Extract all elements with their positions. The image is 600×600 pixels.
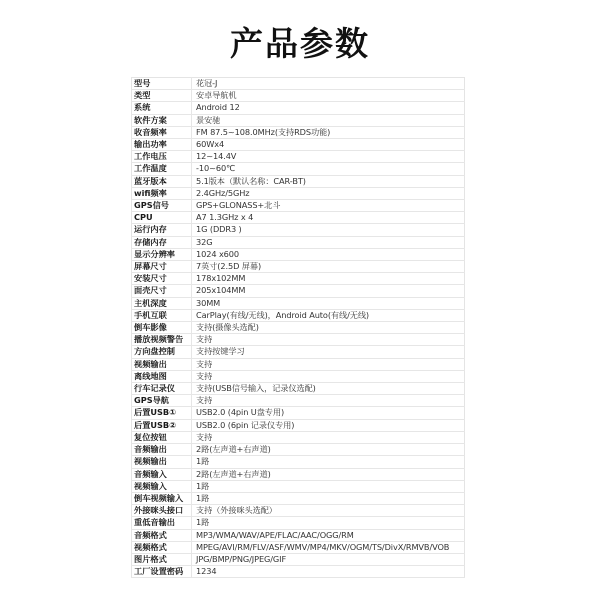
table-row: GPS信号GPS+GLONASS+北斗 <box>132 200 465 212</box>
spec-value: GPS+GLONASS+北斗 <box>192 200 465 212</box>
table-row: 面壳尺寸205x104MM <box>132 285 465 297</box>
spec-value: 1路 <box>192 517 465 529</box>
spec-label: 显示分辨率 <box>132 248 192 260</box>
table-row: 输出功率60Wx4 <box>132 139 465 151</box>
spec-value: 支持 <box>192 431 465 443</box>
spec-label: 型号 <box>132 78 192 90</box>
table-row: CPUA7 1.3GHz x 4 <box>132 212 465 224</box>
table-row: 工作温度 -10~60℃ <box>132 163 465 175</box>
spec-value: 支持 <box>192 370 465 382</box>
spec-label: 外接咪头接口 <box>132 505 192 517</box>
spec-label: 音频输入 <box>132 468 192 480</box>
table-row: 安装尺寸178x102MM <box>132 273 465 285</box>
spec-value: Android 12 <box>192 102 465 114</box>
spec-value: -10~60℃ <box>192 163 465 175</box>
spec-label: 倒车视频输入 <box>132 492 192 504</box>
table-row: 视频输出支持 <box>132 358 465 370</box>
table-row: 软件方案景安驰 <box>132 114 465 126</box>
spec-label: 收音频率 <box>132 126 192 138</box>
spec-value: 支持 <box>192 334 465 346</box>
spec-label: 面壳尺寸 <box>132 285 192 297</box>
page-title: 产品参数 <box>0 22 600 66</box>
spec-label: 后置USB② <box>132 419 192 431</box>
table-row: 存储内存32G <box>132 236 465 248</box>
spec-value: 30MM <box>192 297 465 309</box>
spec-value: A7 1.3GHz x 4 <box>192 212 465 224</box>
spec-label: 系统 <box>132 102 192 114</box>
spec-value: CarPlay(有线/无线)，Android Auto(有线/无线) <box>192 309 465 321</box>
table-row: 工厂设置密码1234 <box>132 566 465 578</box>
table-row: 视频输出1路 <box>132 456 465 468</box>
table-row: 音频输出2路(左声道+右声道) <box>132 444 465 456</box>
table-row: 蓝牙版本5.1版本（默认名称：CAR-BT) <box>132 175 465 187</box>
spec-value: 205x104MM <box>192 285 465 297</box>
spec-label: 存储内存 <box>132 236 192 248</box>
spec-label: 工作温度 <box>132 163 192 175</box>
table-row: 工作电压12~14.4V <box>132 151 465 163</box>
spec-value: 1024 x600 <box>192 248 465 260</box>
table-row: 重低音输出1路 <box>132 517 465 529</box>
spec-label: 蓝牙版本 <box>132 175 192 187</box>
spec-label: 离线地图 <box>132 370 192 382</box>
spec-table: 型号花冠-J 类型安卓导航机 系统Android 12 软件方案景安驰 收音频率… <box>131 77 465 578</box>
spec-label: 输出功率 <box>132 139 192 151</box>
spec-value: 1G (DDR3 ) <box>192 224 465 236</box>
spec-value: 支持 <box>192 358 465 370</box>
spec-value: MP3/WMA/WAV/APE/FLAC/AAC/OGG/RM <box>192 529 465 541</box>
spec-value: 1路 <box>192 480 465 492</box>
spec-value: 1路 <box>192 456 465 468</box>
spec-value: 1路 <box>192 492 465 504</box>
spec-value: 12~14.4V <box>192 151 465 163</box>
spec-value: JPG/BMP/PNG/JPEG/GIF <box>192 553 465 565</box>
spec-label: 手机互联 <box>132 309 192 321</box>
spec-label: wifi频率 <box>132 187 192 199</box>
spec-label: GPS信号 <box>132 200 192 212</box>
spec-label: 软件方案 <box>132 114 192 126</box>
spec-label: 视频输入 <box>132 480 192 492</box>
table-row: 屏幕尺寸7英寸(2.5D 屏幕) <box>132 261 465 273</box>
table-row: wifi频率2.4GHz/5GHz <box>132 187 465 199</box>
table-row: 音频输入2路(左声道+右声道) <box>132 468 465 480</box>
spec-value: 花冠-J <box>192 78 465 90</box>
spec-value: 2路(左声道+右声道) <box>192 444 465 456</box>
spec-value: 支持(摄像头选配) <box>192 322 465 334</box>
table-row: 后置USB①USB2.0 (4pin U盘专用) <box>132 407 465 419</box>
table-row: 类型安卓导航机 <box>132 90 465 102</box>
table-row: 行车记录仪支持(USB信号输入，记录仪选配) <box>132 383 465 395</box>
table-row: 播放视频警告支持 <box>132 334 465 346</box>
spec-label: 工厂设置密码 <box>132 566 192 578</box>
table-row: 方向盘控制支持按键学习 <box>132 346 465 358</box>
spec-label: 后置USB① <box>132 407 192 419</box>
table-row: 主机深度30MM <box>132 297 465 309</box>
table-row: 音频格式MP3/WMA/WAV/APE/FLAC/AAC/OGG/RM <box>132 529 465 541</box>
spec-label: 行车记录仪 <box>132 383 192 395</box>
spec-label: 主机深度 <box>132 297 192 309</box>
table-row: 倒车视频输入1路 <box>132 492 465 504</box>
spec-label: 视频输出 <box>132 358 192 370</box>
spec-value: 支持 <box>192 395 465 407</box>
spec-value: 32G <box>192 236 465 248</box>
table-row: 外接咪头接口支持（外接咪头选配） <box>132 505 465 517</box>
table-row: 复位按钮支持 <box>132 431 465 443</box>
spec-label: 工作电压 <box>132 151 192 163</box>
spec-label: 方向盘控制 <box>132 346 192 358</box>
table-row: 图片格式JPG/BMP/PNG/JPEG/GIF <box>132 553 465 565</box>
spec-label: 屏幕尺寸 <box>132 261 192 273</box>
spec-label: 音频输出 <box>132 444 192 456</box>
spec-label: CPU <box>132 212 192 224</box>
table-row: 手机互联CarPlay(有线/无线)，Android Auto(有线/无线) <box>132 309 465 321</box>
spec-value: 5.1版本（默认名称：CAR-BT) <box>192 175 465 187</box>
spec-value: 支持（外接咪头选配） <box>192 505 465 517</box>
spec-value: 1234 <box>192 566 465 578</box>
table-row: 收音频率FM 87.5~108.0MHz(支持RDS功能) <box>132 126 465 138</box>
spec-value: 60Wx4 <box>192 139 465 151</box>
spec-label: 音频格式 <box>132 529 192 541</box>
table-row: 视频格式MPEG/AVI/RM/FLV/ASF/WMV/MP4/MKV/OGM/… <box>132 541 465 553</box>
spec-label: GPS导航 <box>132 395 192 407</box>
spec-value: 安卓导航机 <box>192 90 465 102</box>
spec-label: 运行内存 <box>132 224 192 236</box>
spec-label: 图片格式 <box>132 553 192 565</box>
spec-label: 类型 <box>132 90 192 102</box>
spec-value: USB2.0 (6pin 记录仪专用) <box>192 419 465 431</box>
spec-label: 倒车影像 <box>132 322 192 334</box>
spec-value: 2.4GHz/5GHz <box>192 187 465 199</box>
spec-label: 视频输出 <box>132 456 192 468</box>
table-row: 视频输入1路 <box>132 480 465 492</box>
table-row: 运行内存1G (DDR3 ) <box>132 224 465 236</box>
spec-value: FM 87.5~108.0MHz(支持RDS功能) <box>192 126 465 138</box>
spec-label: 重低音输出 <box>132 517 192 529</box>
spec-value: 7英寸(2.5D 屏幕) <box>192 261 465 273</box>
spec-value: 178x102MM <box>192 273 465 285</box>
spec-label: 视频格式 <box>132 541 192 553</box>
spec-value: 景安驰 <box>192 114 465 126</box>
table-row: 后置USB②USB2.0 (6pin 记录仪专用) <box>132 419 465 431</box>
table-row: 显示分辨率1024 x600 <box>132 248 465 260</box>
table-row: GPS导航支持 <box>132 395 465 407</box>
spec-value: 支持(USB信号输入，记录仪选配) <box>192 383 465 395</box>
table-row: 倒车影像支持(摄像头选配) <box>132 322 465 334</box>
table-row: 系统Android 12 <box>132 102 465 114</box>
spec-value: MPEG/AVI/RM/FLV/ASF/WMV/MP4/MKV/OGM/TS/D… <box>192 541 465 553</box>
spec-label: 安装尺寸 <box>132 273 192 285</box>
table-row: 离线地图支持 <box>132 370 465 382</box>
spec-label: 复位按钮 <box>132 431 192 443</box>
spec-label: 播放视频警告 <box>132 334 192 346</box>
spec-table-body: 型号花冠-J 类型安卓导航机 系统Android 12 软件方案景安驰 收音频率… <box>132 78 465 578</box>
spec-value: 支持按键学习 <box>192 346 465 358</box>
spec-value: USB2.0 (4pin U盘专用) <box>192 407 465 419</box>
spec-value: 2路(左声道+右声道) <box>192 468 465 480</box>
table-row: 型号花冠-J <box>132 78 465 90</box>
